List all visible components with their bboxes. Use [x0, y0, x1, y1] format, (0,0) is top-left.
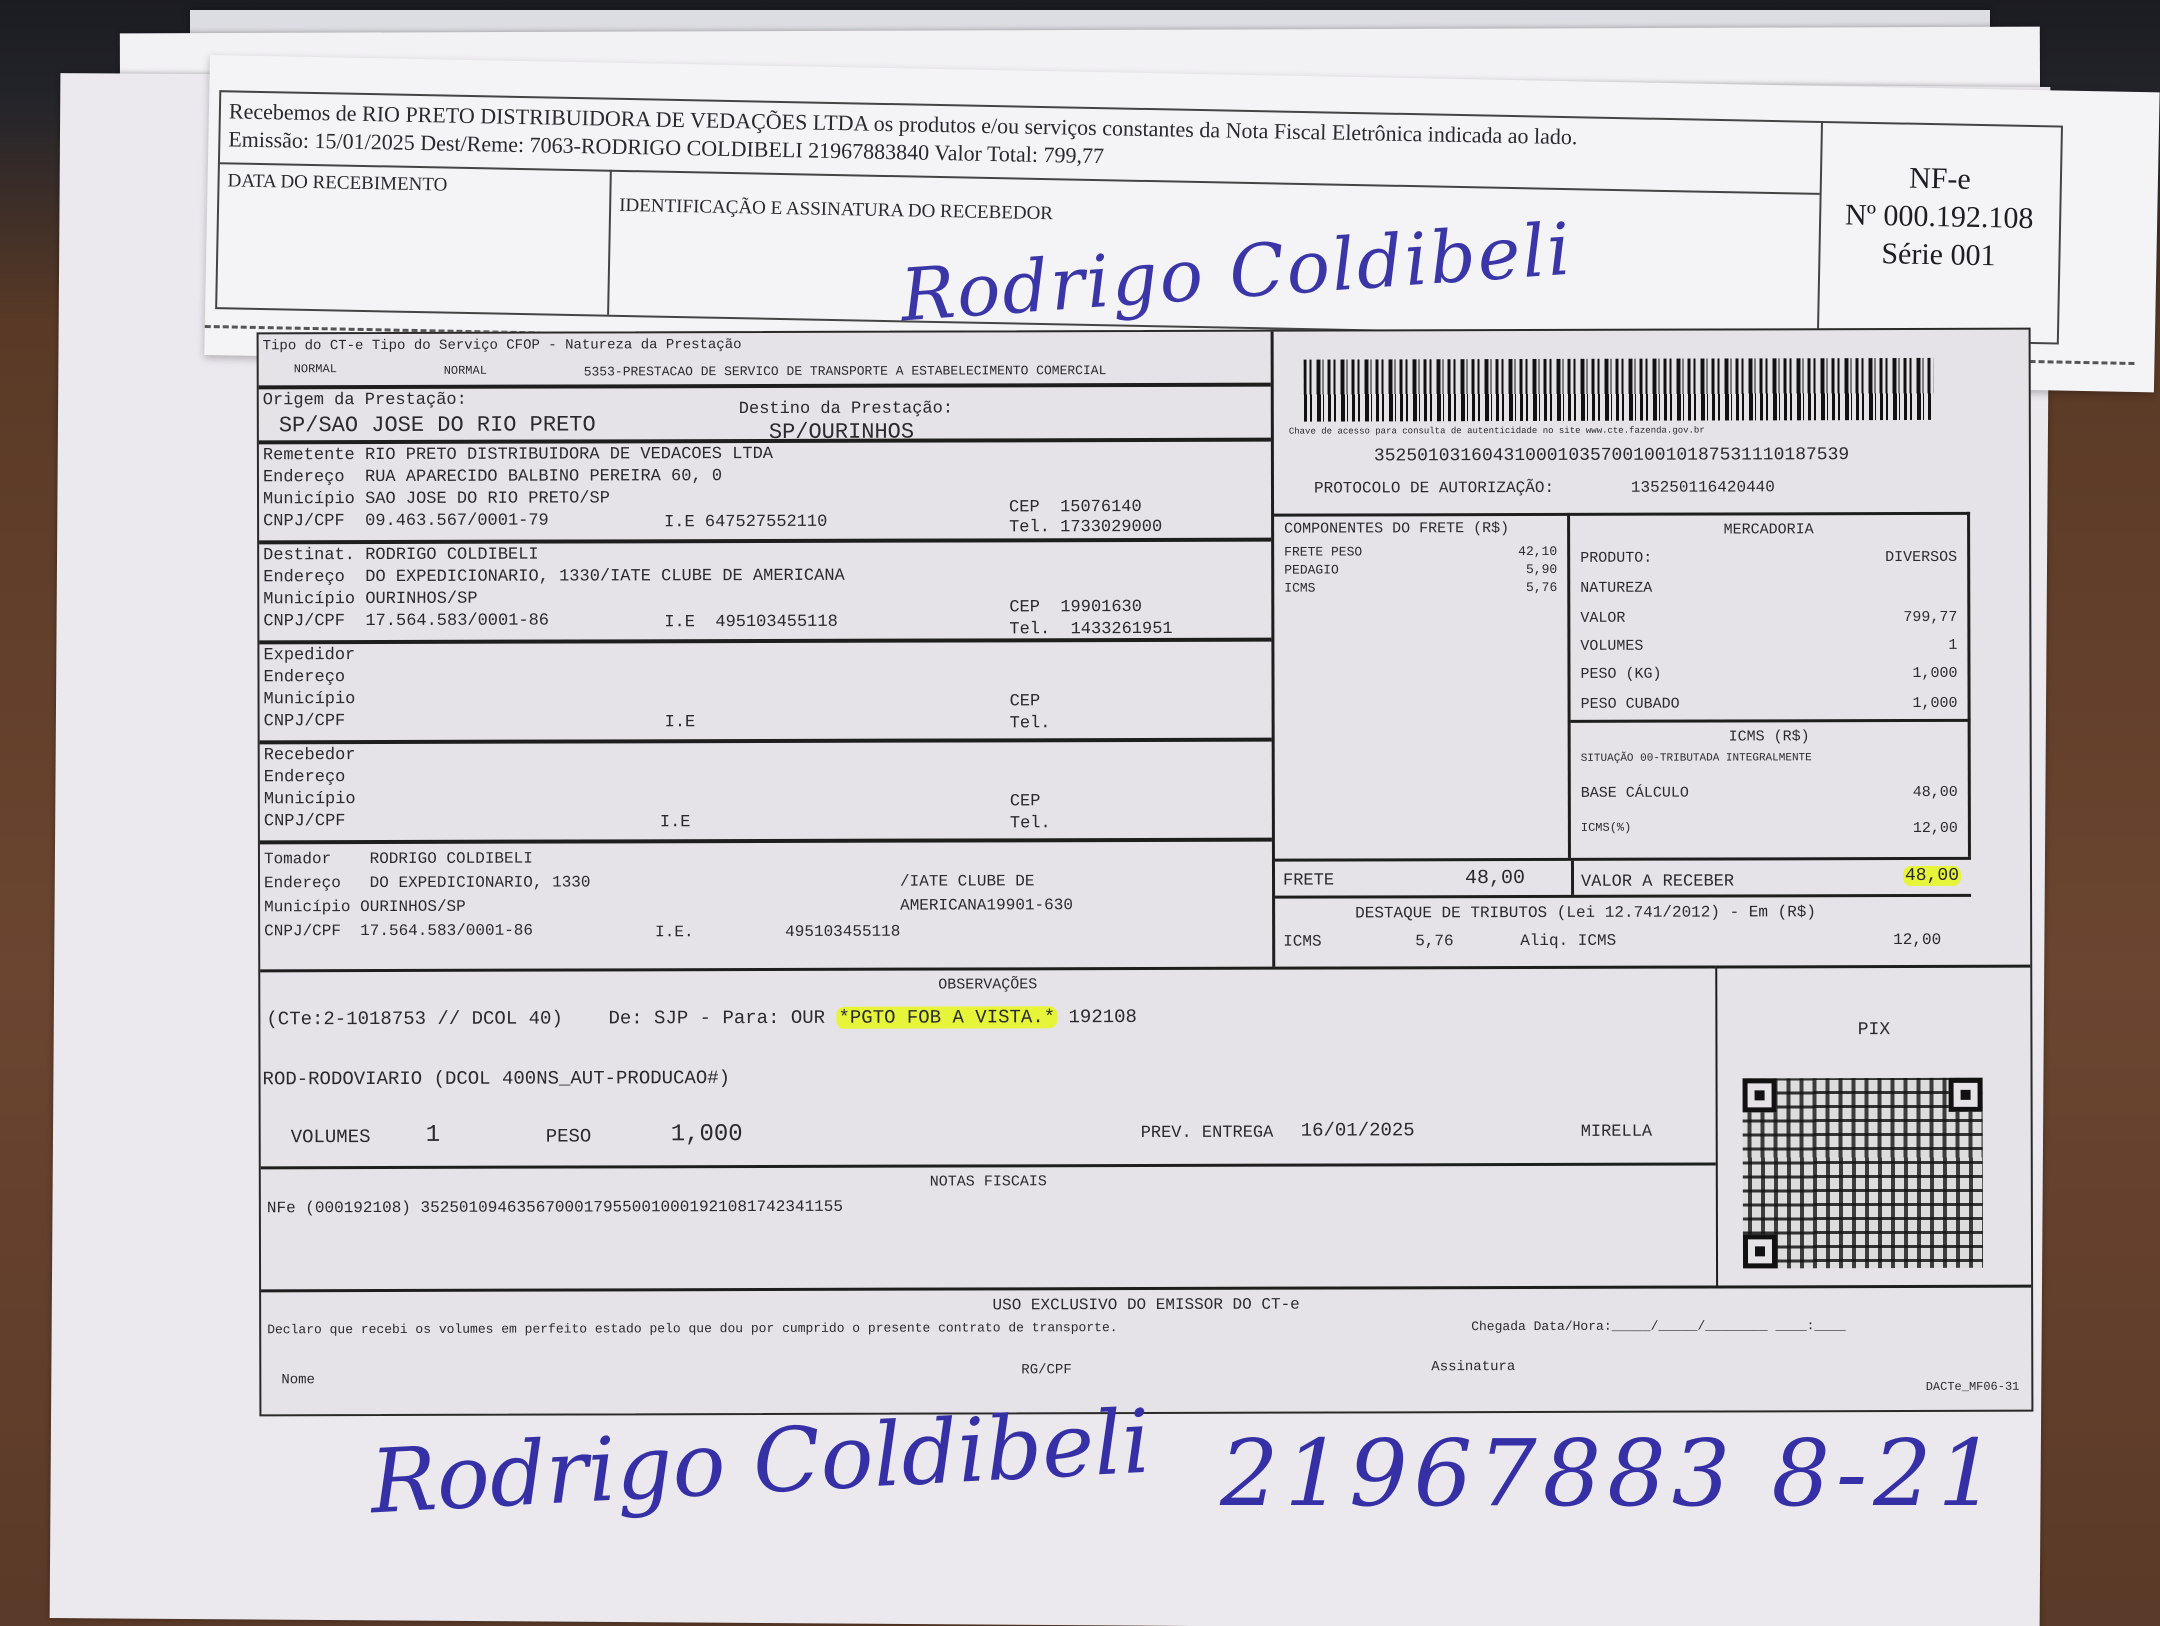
barcode-icon	[1304, 358, 1934, 422]
componente-value: 5,90	[1526, 562, 1557, 577]
observacoes-ref: 192108	[1057, 1006, 1137, 1028]
municipio-label: Município	[264, 898, 350, 916]
cnpj-label: CNPJ/CPF	[263, 612, 345, 631]
observacoes-text: (CTe:2-1018753 // DCOL 40) De: SJP - Par…	[266, 1007, 836, 1030]
componente-label: FRETE PESO	[1284, 544, 1362, 559]
endereco-label: Endereço	[263, 668, 345, 687]
componente-row: ICMS5,76	[1284, 580, 1557, 596]
componente-row: FRETE PESO42,10	[1284, 544, 1557, 560]
destinatario-ie: 495103455118	[715, 613, 837, 632]
chave-acesso: 3525010316043100010357001001018753111018…	[1374, 445, 1849, 466]
endereco-label: Endereço	[263, 568, 345, 587]
origem-value: SP/SAO JOSE DO RIO PRETO	[279, 412, 596, 438]
tomador-endereco-complemento: /IATE CLUBE DE	[900, 872, 1034, 890]
atendente: MIRELLA	[1581, 1123, 1652, 1142]
mercadoria-label: PESO CUBADO	[1581, 696, 1680, 713]
mercadoria-label: NATUREZA	[1580, 580, 1652, 597]
frete-total-row: FRETE 48,00 VALOR A RECEBER 48,00	[1275, 857, 1971, 899]
componente-value: 42,10	[1518, 544, 1557, 559]
icms-box: ICMS (R$) SITUAÇÃO 00-TRIBUTADA INTEGRAL…	[1571, 722, 1971, 858]
peso-value: 1,000	[671, 1121, 743, 1148]
pix-section: PIX	[1715, 965, 2031, 1286]
destaque-title: DESTAQUE DE TRIBUTOS (Lei 12.741/2012) -…	[1355, 903, 1816, 922]
mercadoria-value: DIVERSOS	[1885, 549, 1957, 566]
mercadoria-row: PESO CUBADO1,000	[1581, 695, 1958, 713]
destaque-icms-label: ICMS	[1283, 933, 1321, 951]
cep-label: CEP	[1010, 692, 1041, 711]
remetente-municipio: SAO JOSE DO RIO PRETO/SP	[365, 489, 610, 509]
destino-label: Destino da Prestação:	[739, 400, 953, 420]
ie-label: I.E	[660, 813, 691, 832]
divider	[607, 170, 612, 315]
nome-label: Nome	[281, 1372, 315, 1388]
aliq-label: ICMS(%)	[1581, 821, 1631, 838]
tomador-cep: AMERICANA19901-630	[900, 896, 1073, 914]
remetente-section: Remetente RIO PRETO DISTRIBUIDORA DE VED…	[259, 442, 1271, 545]
valor-receber-value: 48,00	[1903, 866, 1961, 886]
remetente-name: RIO PRETO DISTRIBUIDORA DE VEDACOES LTDA	[365, 445, 773, 465]
dacte-form: Tipo do CT-e Tipo do Serviço CFOP - Natu…	[257, 328, 2034, 1417]
mercadoria-value: 799,77	[1903, 609, 1957, 626]
handwritten-phone: 21967883 8-21	[1220, 1420, 2002, 1527]
tomador-label: Tomador	[264, 850, 331, 868]
base-label: BASE CÁLCULO	[1581, 785, 1689, 802]
mercadoria-value: 1	[1948, 637, 1957, 654]
prev-entrega-value: 16/01/2025	[1301, 1119, 1415, 1141]
destaque-icms-value: 5,76	[1415, 932, 1453, 950]
municipio-label: Município	[264, 690, 356, 709]
origem-label: Origem da Prestação:	[263, 391, 467, 411]
assinatura-label: Assinatura	[1431, 1359, 1515, 1375]
municipio-label: Município	[263, 590, 355, 609]
mercadoria-label: VOLUMES	[1580, 638, 1643, 655]
chegada-field[interactable]: _____/_____/________ ____:____	[1612, 1318, 1846, 1334]
ie-label: I.E	[665, 713, 696, 732]
mercadoria-row: VALOR799,77	[1580, 609, 1957, 627]
tomador-cnpj: 17.564.583/0001-86	[360, 922, 533, 940]
observacoes-section: OBSERVAÇÕES (CTe:2-1018753 // DCOL 40) D…	[260, 966, 1716, 1170]
cnpj-label: CNPJ/CPF	[263, 512, 345, 531]
observacoes-modal: ROD-RODOVIARIO (DCOL 400NS_AUT-PRODUCAO#…	[263, 1067, 731, 1090]
mercadoria-title: MERCADORIA	[1570, 521, 1967, 539]
pix-label: PIX	[1717, 1020, 2030, 1041]
prev-entrega-label: PREV. ENTREGA	[1141, 1124, 1274, 1143]
qr-code-icon	[1743, 1078, 1983, 1269]
cfop: 5353-PRESTACAO DE SERVICO DE TRANSPORTE …	[584, 363, 1107, 379]
componente-value: 5,76	[1526, 580, 1557, 595]
icms-row: ICMS(%)12,00	[1581, 820, 1958, 838]
destinatario-tel: 1433261951	[1071, 620, 1173, 639]
icms-title: ICMS (R$)	[1571, 728, 1968, 746]
mercadoria-row: NATUREZA	[1580, 579, 1957, 597]
observacoes-title: OBSERVAÇÕES	[260, 975, 1715, 996]
nfe-number: Nº 000.192.108	[1819, 196, 2060, 239]
fiscal-column: Chave de acesso para consulta de autenti…	[1271, 330, 2031, 967]
data-recebimento-label: DATA DO RECEBIMENTO	[227, 170, 447, 196]
destaque-tributos: DESTAQUE DE TRIBUTOS (Lei 12.741/2012) -…	[1275, 897, 1971, 967]
componente-label: PEDAGIO	[1284, 562, 1339, 577]
highlighted-payment-note: *PGTO FOB A VISTA.*	[836, 1006, 1057, 1029]
mercadoria-label: PRODUTO:	[1580, 550, 1652, 567]
tipo-cte: NORMAL	[294, 362, 337, 376]
recebedor-section: Recebedor Endereço Município CNPJ/CPF I.…	[260, 742, 1272, 845]
destinatario-section: Destinat. RODRIGO COLDIBELI Endereço DO …	[259, 542, 1271, 645]
mercadoria-value: 1,000	[1912, 665, 1957, 682]
tomador-endereco: DO EXPEDICIONARIO, 1330	[370, 873, 591, 892]
cnpj-label: CNPJ/CPF	[264, 922, 341, 940]
expedidor-label: Expedidor	[263, 646, 355, 665]
icms-row: BASE CÁLCULO48,00	[1581, 784, 1958, 802]
componentes-frete: COMPONENTES DO FRETE (R$) FRETE PESO42,1…	[1274, 513, 1571, 859]
ie-label: I.E.	[655, 923, 693, 941]
destaque-aliq-value: 12,00	[1893, 931, 1941, 949]
form-code: DACTe_MF06-31	[1926, 1380, 2020, 1394]
mercadoria-box: MERCADORIA PRODUTO:DIVERSOS NATUREZA VAL…	[1570, 512, 1971, 723]
destino-value: SP/OURINHOS	[769, 420, 914, 445]
notas-fiscais-section: NOTAS FISCAIS NFe (000192108) 3525010946…	[261, 1166, 1716, 1290]
identificacao-label: IDENTIFICAÇÃO E ASSINATURA DO RECEBEDOR	[619, 195, 1053, 225]
tipo-header: Tipo do CT-e Tipo do Serviço CFOP - Natu…	[263, 337, 742, 354]
destaque-aliq-label: Aliq. ICMS	[1520, 932, 1616, 950]
cep-label: CEP	[1009, 598, 1040, 617]
componente-row: PEDAGIO5,90	[1284, 562, 1557, 578]
frete-value: 48,00	[1465, 867, 1525, 890]
mercadoria-row: PESO (KG)1,000	[1580, 665, 1957, 683]
rgcpf-label: RG/CPF	[1021, 1362, 1071, 1378]
mercadoria-row: VOLUMES1	[1580, 637, 1957, 655]
tomador-ie: 495103455118	[785, 923, 900, 941]
aliq-value: 12,00	[1913, 820, 1958, 837]
cep-label: CEP	[1009, 498, 1040, 517]
remetente-ie: 647527552110	[705, 513, 827, 532]
tomador-name: RODRIGO COLDIBELI	[370, 850, 533, 868]
uso-title: USO EXCLUSIVO DO EMISSOR DO CT-e	[261, 1294, 2031, 1317]
cnpj-label: CNPJ/CPF	[264, 712, 346, 731]
declaracao-text: Declaro que recebi os volumes em perfeit…	[267, 1320, 1117, 1337]
volumes-value: 1	[426, 1122, 440, 1149]
nfe-reference: NFe (000192108) 352501094635670001795500…	[267, 1198, 843, 1218]
endereco-label: Endereço	[264, 874, 341, 892]
nfe-number-box: NF-e Nº 000.192.108 Série 001	[1817, 123, 2061, 343]
frete-label: FRETE	[1283, 872, 1334, 891]
remetente-tel: 1733029000	[1060, 518, 1162, 537]
ie-label: I.E	[664, 613, 695, 632]
tipo-section: Tipo do CT-e Tipo do Serviço CFOP - Natu…	[259, 332, 1271, 390]
mercadoria-row: PRODUTO:DIVERSOS	[1580, 549, 1957, 567]
nfe-title: NF-e	[1820, 158, 2061, 201]
componente-label: ICMS	[1284, 581, 1315, 596]
mercadoria-label: VALOR	[1580, 610, 1625, 627]
cep-label: CEP	[1010, 792, 1041, 811]
prestacao-section: Origem da Prestação: SP/SAO JOSE DO RIO …	[259, 387, 1271, 445]
parties-column: Tipo do CT-e Tipo do Serviço CFOP - Natu…	[259, 332, 1273, 970]
mercadoria-value: 1,000	[1913, 695, 1958, 712]
nfe-serie: Série 001	[1818, 234, 2059, 277]
municipio-label: Município	[263, 490, 355, 509]
peso-label: PESO	[546, 1125, 592, 1147]
endereco-label: Endereço	[264, 768, 346, 787]
base-value: 48,00	[1913, 784, 1958, 801]
remetente-endereco: RUA APARECIDO BALBINO PEREIRA 60, 0	[365, 467, 722, 487]
tomador-municipio: OURINHOS/SP	[360, 898, 466, 916]
notas-title: NOTAS FISCAIS	[261, 1172, 1716, 1193]
expedidor-section: Expedidor Endereço Município CNPJ/CPF I.…	[259, 642, 1271, 745]
remetente-cep: 15076140	[1060, 498, 1142, 517]
destinatario-cnpj: 17.564.583/0001-86	[365, 612, 549, 631]
recebedor-label: Recebedor	[264, 746, 356, 765]
componentes-title: COMPONENTES DO FRETE (R$)	[1284, 520, 1557, 538]
volumes-label: VOLUMES	[291, 1126, 371, 1148]
municipio-label: Município	[264, 790, 356, 809]
endereco-label: Endereço	[263, 468, 345, 487]
destinatario-name: RODRIGO COLDIBELI	[365, 546, 538, 565]
remetente-label: Remetente	[263, 446, 355, 465]
destinatario-endereco: DO EXPEDICIONARIO, 1330/IATE CLUBE DE AM…	[365, 567, 845, 587]
tel-label: Tel.	[1010, 814, 1051, 833]
protocolo-value: 135250116420440	[1631, 478, 1775, 496]
tel-label: Tel.	[1009, 518, 1050, 537]
chegada-label: Chegada Data/Hora:	[1471, 1319, 1611, 1334]
mercadoria-label: PESO (KG)	[1580, 666, 1661, 683]
valor-receber-label: VALOR A RECEBER	[1581, 872, 1734, 891]
tel-label: Tel.	[1009, 620, 1050, 639]
chave-label: Chave de acesso para consulta de autenti…	[1289, 426, 1705, 437]
destinatario-label: Destinat.	[263, 546, 355, 565]
destinatario-municipio: OURINHOS/SP	[365, 590, 477, 609]
tomador-section: Tomador RODRIGO COLDIBELI Endereço DO EX…	[260, 842, 1272, 970]
protocolo-label: PROTOCOLO DE AUTORIZAÇÃO:	[1314, 479, 1554, 498]
remetente-cnpj: 09.463.567/0001-79	[365, 512, 549, 531]
cnpj-label: CNPJ/CPF	[264, 812, 346, 831]
icms-situacao: SITUAÇÃO 00-TRIBUTADA INTEGRALMENTE	[1581, 752, 1812, 765]
destinatario-cep: 19901630	[1060, 598, 1142, 617]
tel-label: Tel.	[1010, 714, 1051, 733]
tipo-servico: NORMAL	[444, 364, 487, 378]
ie-label: I.E	[664, 513, 695, 532]
